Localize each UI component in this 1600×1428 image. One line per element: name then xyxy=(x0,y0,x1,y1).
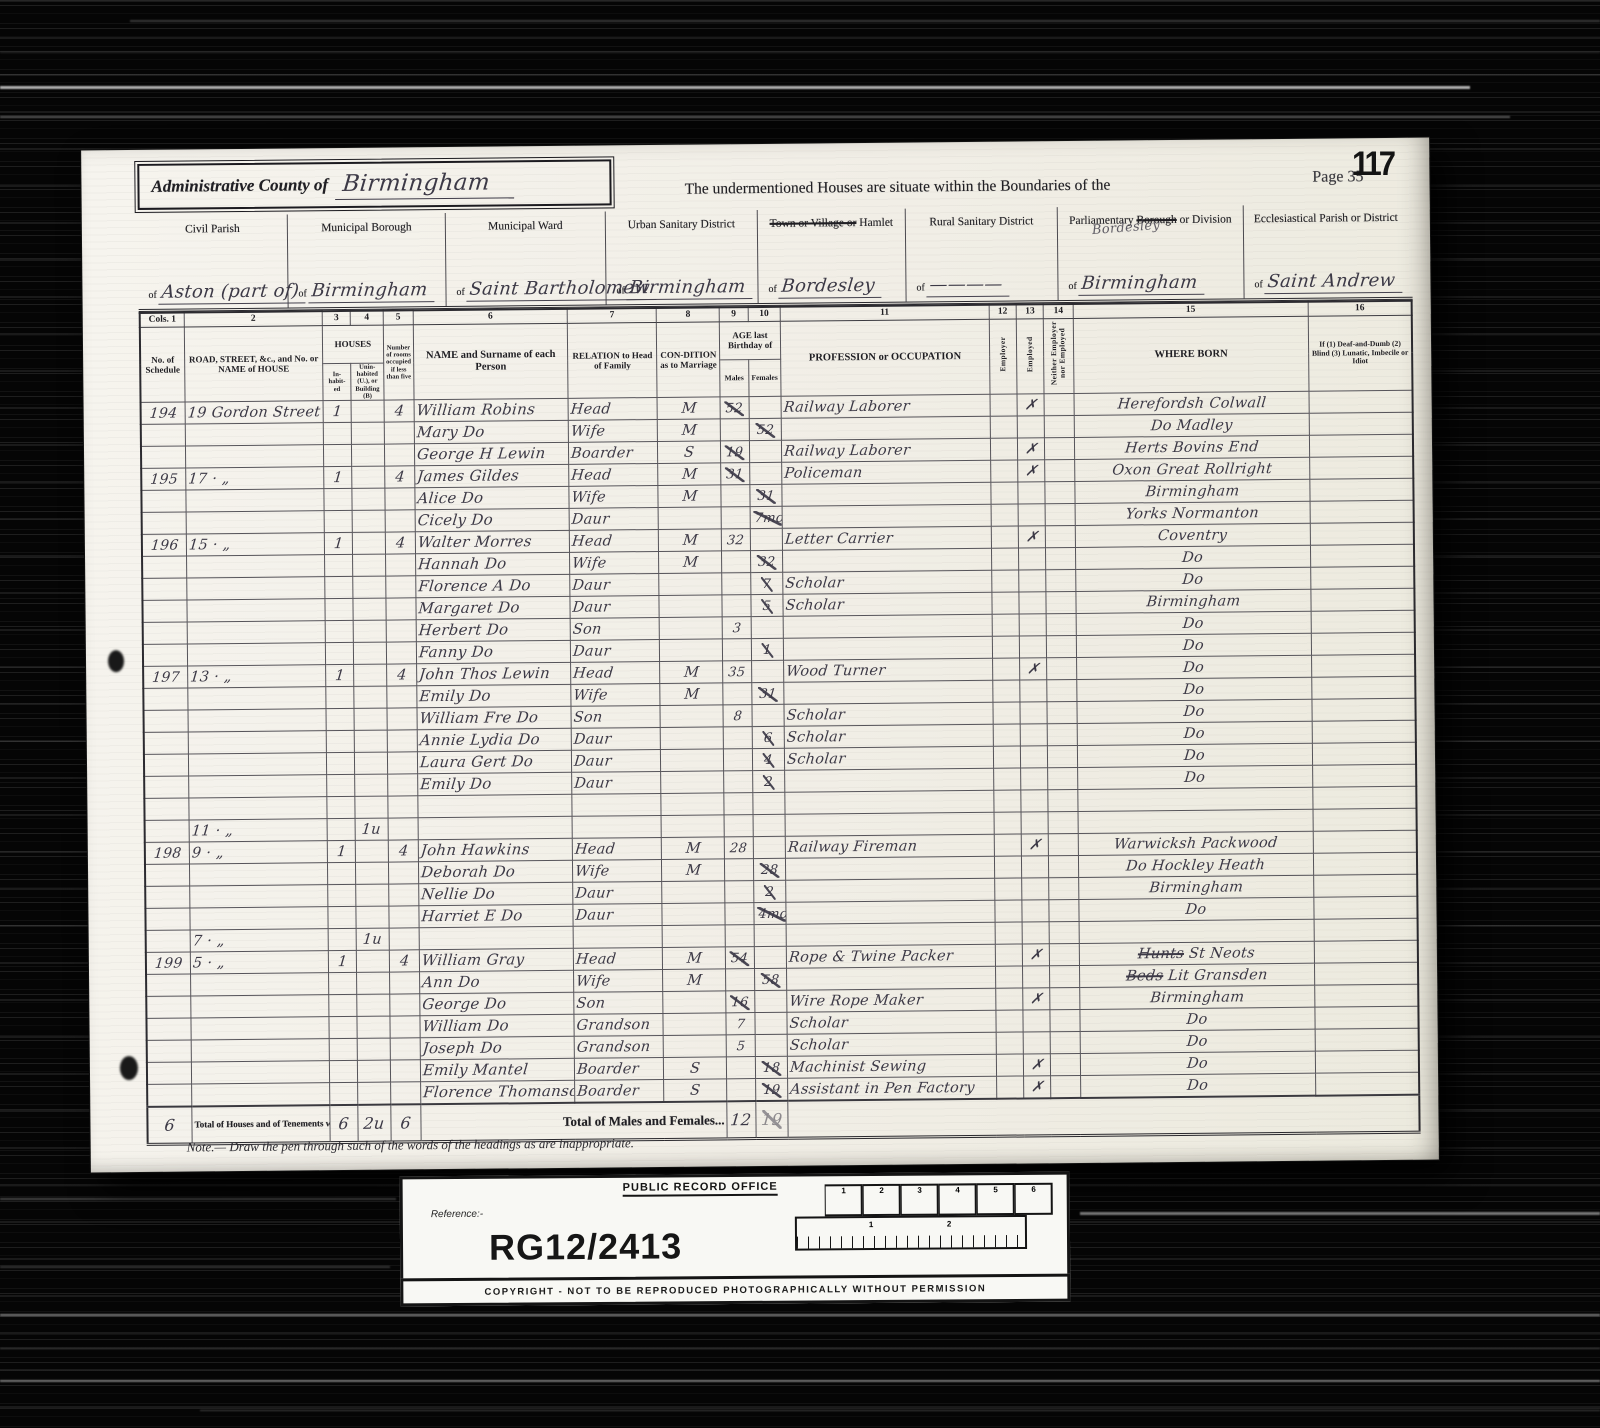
handwritten-entry: 18 xyxy=(760,1061,783,1076)
cell-af xyxy=(749,463,782,485)
header-infirmity: If (1) Deaf-and-Dumb (2) Blind (3) Lunat… xyxy=(1308,315,1412,392)
cell-s xyxy=(144,754,189,776)
cell-road: 7 · „ xyxy=(190,929,328,952)
cell-e3 xyxy=(1050,988,1080,1010)
cell-am xyxy=(724,749,753,771)
handwritten-entry: ✗ xyxy=(1030,1079,1044,1095)
cell-e1 xyxy=(994,834,1022,856)
header-females: Females xyxy=(748,359,781,397)
column-number: 5 xyxy=(383,310,414,324)
handwritten-entry: M xyxy=(681,488,698,504)
pro-reference-card: PUBLIC RECORD OFFICE Reference:- RG12/24… xyxy=(400,1172,1071,1307)
handwritten-entry: Policeman xyxy=(783,465,863,482)
cell-cond xyxy=(659,617,722,640)
cell-s: 199 xyxy=(146,952,191,974)
scan-streak xyxy=(200,1410,1600,1411)
handwritten-entry: Cicely Do xyxy=(417,511,494,530)
scan-streak xyxy=(0,116,1510,118)
handwritten-entry: 5 · „ xyxy=(192,955,226,971)
scan-streak xyxy=(0,86,1470,89)
cell-born: Yorks Normanton xyxy=(1075,502,1310,526)
scan-streak xyxy=(0,1266,390,1268)
district-cell: Municipal WardofSaint Bartholomew xyxy=(446,211,607,306)
cell-un xyxy=(355,752,388,774)
handwritten-entry: Daur xyxy=(575,907,614,923)
handwritten-entry: Hannah Do xyxy=(417,555,507,574)
cell-born: Do xyxy=(1077,722,1312,746)
handwritten-entry: Joseph Do xyxy=(422,1039,503,1058)
cell-un xyxy=(351,400,384,422)
cell-cond: S xyxy=(658,441,721,464)
cell-rel: Daur xyxy=(572,772,661,795)
cell-name: William Gray xyxy=(419,949,573,972)
cell-born: Herts Bovins End xyxy=(1074,436,1309,460)
cell-born xyxy=(1078,788,1313,812)
handwritten-entry: Birmingham xyxy=(1145,483,1240,500)
cell-name: Joseph Do xyxy=(420,1037,574,1060)
handwritten-entry: Railway Laborer xyxy=(783,442,911,459)
handwritten-entry: Do Madley xyxy=(1150,417,1233,434)
cell-inf xyxy=(1312,655,1416,678)
handwritten-entry: Do xyxy=(1186,1012,1208,1028)
cell-un xyxy=(354,686,387,708)
cell-e2: ✗ xyxy=(1017,394,1045,416)
cell-rm: 4 xyxy=(385,532,416,554)
handwritten-entry: 58 xyxy=(759,973,782,988)
district-handwritten-value: Birmingham xyxy=(309,279,437,303)
cell-e3 xyxy=(1045,416,1075,438)
cell-road: 17 · „ xyxy=(186,467,324,490)
cell-born: Do xyxy=(1080,1008,1315,1032)
cell-occ xyxy=(781,417,990,441)
cell-e1 xyxy=(995,922,1023,944)
cell-s xyxy=(142,578,187,600)
cell-rel: Daur xyxy=(570,574,659,597)
district-cell: Rural Sanitary Districtof———— xyxy=(906,207,1059,301)
handwritten-entry: 4 xyxy=(396,667,407,683)
header-occupation: PROFESSION or OCCUPATION xyxy=(780,319,990,397)
column-number: 3 xyxy=(322,311,351,325)
cell-e1 xyxy=(992,614,1020,636)
cell-cond: M xyxy=(662,837,725,860)
handwritten-entry: William Fre Do xyxy=(419,708,539,727)
cell-occ xyxy=(786,923,995,947)
cell-e1 xyxy=(995,966,1023,988)
handwritten-entry: 31 xyxy=(756,687,779,702)
totals-margin: 6 xyxy=(147,1106,192,1144)
handwritten-entry: ✗ xyxy=(1025,463,1039,479)
cell-rel: Head xyxy=(572,838,661,861)
cell-e1 xyxy=(992,636,1020,658)
cell-inh xyxy=(327,797,356,819)
cell-occ xyxy=(786,901,995,925)
cell-af xyxy=(754,925,787,947)
cell-rel: Head xyxy=(569,530,658,553)
cell-e1 xyxy=(990,438,1018,460)
district-label: Town or Village or Hamlet xyxy=(758,209,905,244)
cell-rel xyxy=(572,816,661,839)
handwritten-entry: M xyxy=(681,466,698,482)
handwritten-entry: Do xyxy=(1183,704,1205,720)
handwritten-entry: 4 xyxy=(398,843,409,859)
of-prefix: of xyxy=(298,288,306,299)
handwritten-entry: ✗ xyxy=(1024,441,1038,457)
cell-af: 32 xyxy=(750,551,783,573)
cell-un xyxy=(358,1060,391,1082)
cell-am xyxy=(726,969,755,991)
cell-s xyxy=(141,446,186,468)
cell-inh xyxy=(327,819,356,841)
cell-occ: Scholar xyxy=(784,725,993,749)
census-page: Administrative County of Birmingham The … xyxy=(81,138,1439,1173)
handwritten-entry: Daur xyxy=(571,511,610,527)
cell-inh xyxy=(327,775,356,797)
district-value: ofSaint Andrew xyxy=(1244,238,1409,299)
handwritten-entry: Birmingham xyxy=(1150,989,1245,1006)
cell-un xyxy=(355,730,388,752)
handwritten-entry: Do xyxy=(1183,682,1205,698)
cell-road: 5 · „ xyxy=(190,951,328,974)
cell-occ: Railway Laborer xyxy=(781,439,990,463)
cell-born: Birmingham xyxy=(1080,986,1315,1010)
handwritten-entry: 28 xyxy=(758,863,781,878)
cell-af: 2 xyxy=(752,771,785,793)
cell-s xyxy=(147,1040,192,1062)
cell-e2 xyxy=(1022,878,1050,900)
cell-s xyxy=(144,732,189,754)
admin-county-label: Administrative County of xyxy=(151,175,328,197)
cell-e1 xyxy=(996,1054,1024,1076)
cell-inf xyxy=(1311,589,1415,612)
cell-inf xyxy=(1315,1007,1419,1030)
cell-name xyxy=(419,927,573,950)
cell-cond xyxy=(663,1013,726,1036)
cell-inh xyxy=(324,555,353,577)
handwritten-entry: Railway Laborer xyxy=(783,398,911,415)
cell-occ xyxy=(785,791,994,815)
cell-born: Birmingham xyxy=(1079,876,1314,900)
cell-am: 31 xyxy=(721,463,750,485)
cell-road xyxy=(189,753,327,776)
handwritten-entry: 195 xyxy=(149,471,178,487)
handwritten-entry: 197 xyxy=(151,669,180,685)
cell-am xyxy=(722,573,751,595)
cell-born: Do xyxy=(1077,700,1312,724)
ruler-scale: 123456 xyxy=(825,1183,1053,1217)
handwritten-entry: 32 xyxy=(755,555,778,570)
scan-streak xyxy=(0,1198,396,1200)
cell-e2 xyxy=(1021,746,1049,768)
cell-e2 xyxy=(1020,724,1048,746)
cell-born: Do Hockley Heath xyxy=(1078,854,1313,878)
cell-rm xyxy=(384,422,415,444)
cell-name: Herbert Do xyxy=(416,619,570,642)
handwritten-entry: Wife xyxy=(573,687,609,703)
cell-un xyxy=(356,906,389,928)
cell-s xyxy=(145,886,190,908)
cell-inf xyxy=(1315,963,1419,986)
cell-rm xyxy=(390,1082,421,1104)
ruler-number: 2 xyxy=(947,1219,952,1228)
scan-streak xyxy=(0,1348,1600,1349)
cell-occ: Machinist Sewing xyxy=(787,1055,996,1079)
cell-inf xyxy=(1310,523,1414,546)
cell-af xyxy=(754,991,787,1013)
cell-inf xyxy=(1309,413,1413,436)
ruler-cell-number: 4 xyxy=(955,1185,960,1194)
cell-inh xyxy=(324,511,353,533)
cell-born: Beds Lit Gransden xyxy=(1079,964,1314,988)
cell-occ xyxy=(783,637,992,661)
handwritten-entry: Ann Do xyxy=(421,973,480,992)
handwritten-entry: 1u xyxy=(361,822,382,838)
cell-e2: ✗ xyxy=(1018,526,1046,548)
cell-e3 xyxy=(1048,724,1078,746)
cell-road: 13 · „ xyxy=(188,665,326,688)
cell-e3 xyxy=(1051,1076,1081,1098)
pro-reference-label: Reference:- xyxy=(431,1209,483,1220)
cell-e3 xyxy=(1045,482,1075,504)
cell-inh xyxy=(323,445,352,467)
handwritten-entry: Daur xyxy=(575,885,614,901)
of-prefix: of xyxy=(768,284,776,295)
cell-e3 xyxy=(1050,922,1080,944)
cell-e3 xyxy=(1049,834,1079,856)
handwritten-entry: Head xyxy=(574,841,616,857)
cell-e2 xyxy=(1023,1032,1051,1054)
cell-e1 xyxy=(995,988,1023,1010)
cell-am xyxy=(720,419,749,441)
cell-e1 xyxy=(994,812,1022,834)
header-age-group: AGE last Birthday of xyxy=(719,321,780,360)
cell-un xyxy=(356,884,389,906)
cell-e1 xyxy=(990,394,1018,416)
cell-af: 2 xyxy=(753,881,786,903)
cell-s xyxy=(144,776,189,798)
header-rooms: Number of rooms occupied if less than fi… xyxy=(383,324,414,400)
cell-inf xyxy=(1310,501,1414,524)
ruler-cell: 5 xyxy=(977,1183,1015,1215)
cell-born: Do xyxy=(1077,766,1312,790)
cell-e3 xyxy=(1047,636,1077,658)
cell-rel: Wife xyxy=(569,486,658,509)
cell-rm xyxy=(388,862,419,884)
cell-inh xyxy=(329,1039,358,1061)
handwritten-entry: 11 · „ xyxy=(191,823,234,839)
handwritten-entry: 2 xyxy=(763,885,777,900)
handwritten-entry: S xyxy=(683,444,695,460)
handwritten-entry: 1 xyxy=(336,844,347,860)
district-value: ofBirmingham xyxy=(606,244,758,304)
cell-cond: M xyxy=(662,859,725,882)
cell-rel: Son xyxy=(571,706,660,729)
handwritten-entry: Daur xyxy=(573,731,612,747)
cell-cond: M xyxy=(660,683,723,706)
cell-s xyxy=(143,622,188,644)
cell-e3 xyxy=(1047,614,1077,636)
cell-occ: Scholar xyxy=(783,593,992,617)
cell-inh xyxy=(329,1061,358,1083)
cell-born xyxy=(1078,810,1313,834)
cell-inh: 1 xyxy=(323,401,352,423)
handwritten-entry: Florence A Do xyxy=(418,577,532,596)
column-number: 13 xyxy=(1016,304,1043,318)
cell-rm xyxy=(389,906,420,928)
handwritten-entry: 16 xyxy=(729,995,752,1010)
cell-name: Alice Do xyxy=(415,487,569,510)
cell-cond: M xyxy=(663,947,726,970)
cell-af xyxy=(751,661,784,683)
district-label: Municipal Borough xyxy=(288,213,445,249)
cell-rm xyxy=(387,752,418,774)
cell-inh xyxy=(326,731,355,753)
district-value: ofBirmingham xyxy=(288,247,446,308)
cell-occ: Rope & Twine Packer xyxy=(786,945,995,969)
cell-e2 xyxy=(1019,636,1047,658)
cell-inh: 1 xyxy=(327,841,356,863)
handwritten-entry: 8 xyxy=(730,709,744,724)
cell-born: Warwicksh Packwood xyxy=(1078,832,1313,856)
district-cell: Ecclesiastical Parish or DistrictofSaint… xyxy=(1244,204,1409,299)
handwritten-entry: Grandson xyxy=(576,1017,651,1034)
cell-road xyxy=(188,687,326,710)
cell-inh xyxy=(325,643,354,665)
cell-road xyxy=(185,423,323,446)
cell-rel: Boarder xyxy=(575,1058,664,1081)
handwritten-entry: Emily Mantel xyxy=(422,1061,529,1080)
cell-name: William Robins xyxy=(414,399,568,422)
district-value: ofBordesley xyxy=(758,243,906,303)
handwritten-entry: Scholar xyxy=(785,597,845,614)
cell-e2 xyxy=(1021,812,1049,834)
cell-e2 xyxy=(1017,416,1045,438)
cell-name: Margaret Do xyxy=(416,597,570,620)
cell-inf xyxy=(1312,721,1416,744)
handwritten-entry: 7mo xyxy=(752,511,783,526)
cell-occ: Wood Turner xyxy=(784,659,993,683)
cell-inh xyxy=(325,621,354,643)
cell-am: 19 xyxy=(721,441,750,463)
cell-inh xyxy=(328,973,357,995)
cell-road xyxy=(191,1061,329,1084)
cell-un xyxy=(352,510,385,532)
cell-e3 xyxy=(1045,438,1075,460)
column-number: 2 xyxy=(184,311,322,326)
handwritten-entry: Do xyxy=(1183,726,1205,742)
cell-occ: Assistant in Pen Factory xyxy=(788,1077,997,1101)
cell-rm xyxy=(388,796,419,818)
cell-occ: Wire Rope Maker xyxy=(787,989,996,1013)
ruler-cell: 3 xyxy=(901,1184,939,1216)
cell-cond: S xyxy=(664,1079,727,1102)
cell-cond xyxy=(664,1035,727,1058)
cell-un xyxy=(353,554,386,576)
cell-inf xyxy=(1316,1073,1420,1096)
handwritten-entry: ✗ xyxy=(1026,661,1040,677)
district-label: Rural Sanitary District xyxy=(906,207,1057,242)
cell-af: 31 xyxy=(749,485,782,507)
cell-name: George H Lewin xyxy=(415,443,569,466)
cell-born: Do xyxy=(1076,612,1311,636)
handwritten-entry: Scholar xyxy=(789,1015,849,1032)
handwritten-entry: 7 xyxy=(733,1017,747,1032)
cell-inf xyxy=(1313,787,1417,810)
cell-cond xyxy=(662,925,725,948)
handwritten-entry: Herbert Do xyxy=(418,621,509,640)
cell-un xyxy=(352,444,385,466)
cell-af xyxy=(751,617,784,639)
handwritten-entry: Wife xyxy=(572,555,608,571)
cell-born: Do xyxy=(1079,898,1314,922)
cell-am xyxy=(723,639,752,661)
handwritten-entry: 13 · „ xyxy=(190,669,233,685)
handwritten-entry: 1 xyxy=(332,470,343,486)
cell-rm xyxy=(388,884,419,906)
cell-e1 xyxy=(993,768,1021,790)
cell-af xyxy=(752,705,785,727)
header-houses-group: HOUSES xyxy=(322,325,383,364)
handwritten-entry: Son xyxy=(576,995,606,1011)
cell-inh xyxy=(325,599,354,621)
handwritten-entry: 19 xyxy=(760,1082,783,1097)
cell-inh xyxy=(329,1017,358,1039)
cell-e1 xyxy=(993,724,1021,746)
cell-am: 35 xyxy=(723,661,752,683)
district-handwritten-value: ———— xyxy=(927,274,1012,298)
totals-blank xyxy=(788,1095,1420,1139)
cell-name: John Hawkins xyxy=(418,839,572,862)
cell-occ xyxy=(782,549,991,573)
district-cell: Town or Village or HamletofBordesley xyxy=(758,209,907,303)
cell-rel: Wife xyxy=(574,970,663,993)
handwritten-entry: 31 xyxy=(724,467,747,482)
handwritten-entry: 5 xyxy=(760,599,774,614)
cell-e1 xyxy=(990,460,1018,482)
handwritten-entry: Machinist Sewing xyxy=(789,1058,927,1075)
cell-name: Hannah Do xyxy=(416,553,570,576)
column-number: 6 xyxy=(413,309,567,324)
cell-af: 1 xyxy=(751,639,784,661)
column-number: Cols. 1 xyxy=(140,313,185,327)
cell-am xyxy=(721,507,750,529)
cell-inf xyxy=(1314,897,1418,920)
handwritten-entry: Boarder xyxy=(570,445,633,462)
cell-road xyxy=(191,1017,329,1040)
cell-af xyxy=(755,1035,788,1057)
header-schedule: No. of Schedule xyxy=(140,327,185,403)
header-neither: Neither Employer nor Employed xyxy=(1044,318,1074,394)
column-number: 14 xyxy=(1044,304,1074,318)
handwritten-entry: Do xyxy=(1186,1034,1208,1050)
cell-rm xyxy=(384,444,415,466)
cell-cond: M xyxy=(663,969,726,992)
cell-af xyxy=(750,529,783,551)
cell-af xyxy=(754,947,787,969)
cell-rm xyxy=(388,818,419,840)
cell-e2 xyxy=(1021,790,1049,812)
cell-s xyxy=(145,864,190,886)
cell-af: 5 xyxy=(750,595,783,617)
cell-cond xyxy=(661,815,724,838)
handwritten-entry: 15 · „ xyxy=(188,537,231,553)
administrative-county-box: Administrative County of Birmingham xyxy=(137,159,611,210)
cell-name: Emily Do xyxy=(418,773,572,796)
district-cell: Civil ParishofAston (part of) xyxy=(138,215,289,309)
cell-e1 xyxy=(995,944,1023,966)
handwritten-entry: William Gray xyxy=(421,951,525,970)
admin-county-value: Birmingham xyxy=(335,169,517,200)
district-label: Civil Parish xyxy=(138,215,287,250)
